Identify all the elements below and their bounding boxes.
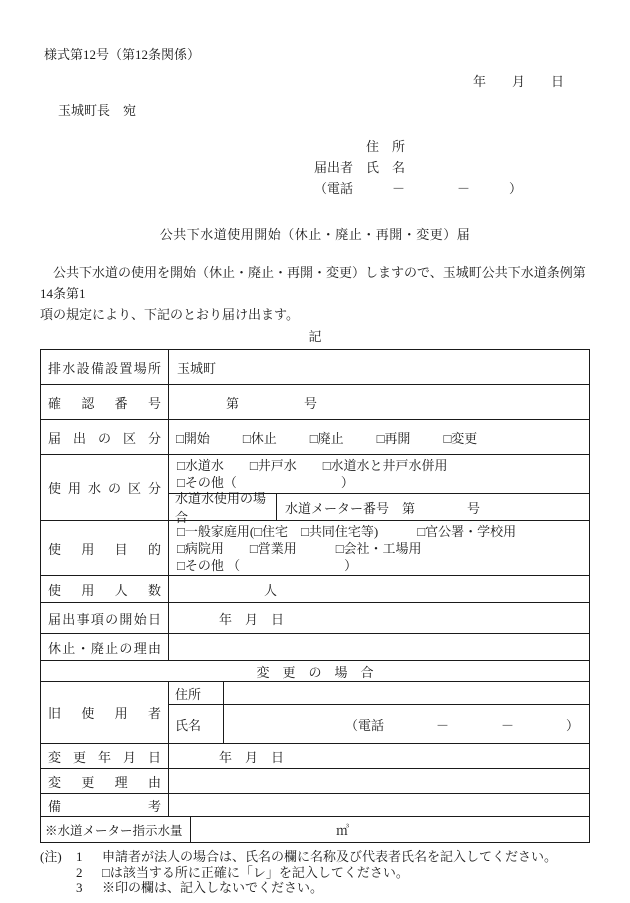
value-notification-category: □開始 □休止 □廃止 □再開 □変更 (169, 420, 589, 454)
label-water-category: 使用水の区分 (41, 455, 169, 520)
value-remarks (169, 794, 589, 816)
value-num-users: 人 (169, 576, 589, 602)
value-change-reason (169, 769, 589, 793)
value-meter-volume: ㎥ (191, 817, 589, 842)
value-start-date: 年 月 日 (169, 603, 589, 633)
row-suspension-reason: 休止・廃止の理由 (41, 633, 589, 660)
label-start-date: 届出事項の開始日 (41, 603, 169, 633)
row-meter-volume: ※水道メーター指示水量 ㎥ (41, 816, 589, 842)
row-change-date: 変更年月日 年 月 日 (41, 743, 589, 768)
row-num-users: 使用人数 人 (41, 575, 589, 602)
purpose-line3: □その他 （ ） (177, 557, 357, 574)
form-body: 公共下水道の使用を開始（休止・廃止・再開・変更）しますので、玉城町公共下水道条例… (0, 243, 630, 325)
checkbox-restart: □再開 (377, 428, 411, 447)
addressee: 玉城町長 宛 (0, 90, 630, 119)
purpose-line2: □病院用 □営業用 □会社・工場用 (177, 540, 422, 557)
row-change-reason: 変更理由 (41, 768, 589, 793)
value-change-date: 年 月 日 (169, 744, 589, 768)
note-item: (注) 1 申請者が法人の場合は、氏名の欄に名称及び代表者氏名を記入してください… (40, 849, 630, 865)
value-confirmation-number: 第 号 (169, 385, 589, 419)
label-num-users: 使用人数 (41, 576, 169, 602)
note-text: 申請者が法人の場合は、氏名の欄に名称及び代表者氏名を記入してください。 (102, 849, 630, 865)
note-number: 2 (76, 865, 102, 881)
label-old-user: 旧使用者 (41, 682, 169, 743)
note-text: ※印の欄は、記入しないでください。 (102, 880, 630, 896)
form-title: 公共下水道使用開始（休止・廃止・再開・変更）届 (0, 199, 630, 243)
label-meter-volume: ※水道メーター指示水量 (41, 817, 191, 842)
row-notification-category: 届出の区分 □開始 □休止 □廃止 □再開 □変更 (41, 419, 589, 454)
form-number: 様式第12号（第12条関係） (0, 0, 630, 63)
form-body-line2: 項の規定により、下記のとおり届け出ます。 (40, 304, 590, 325)
label-old-user-address: 住所 (169, 682, 224, 704)
checkbox-abolish: □廃止 (310, 428, 344, 447)
application-table: 排水設備設置場所 玉城町 確認番号 第 号 届出の区分 □開始 □休止 □廃止 … (40, 349, 590, 843)
row-remarks: 備考 (41, 793, 589, 816)
label-installation-place: 排水設備設置場所 (41, 350, 169, 384)
purpose-line1: □一般家庭用(□住宅 □共同住宅等) □官公署・学校用 (177, 523, 516, 540)
value-purpose: □一般家庭用(□住宅 □共同住宅等) □官公署・学校用 □病院用 □営業用 □会… (169, 521, 589, 575)
checkbox-change: □変更 (443, 428, 477, 447)
row-confirmation-number: 確認番号 第 号 (41, 384, 589, 419)
label-remarks: 備考 (41, 794, 169, 816)
change-section-header: 変 更 の 場 合 (41, 661, 589, 681)
row-water-category: 使用水の区分 □水道水 □井戸水 □水道水と井戸水併用 □その他（ ） 水道水使… (41, 454, 589, 520)
value-water-meter-number: 水道メーター番号 第 号 (277, 494, 589, 520)
value-installation-place: 玉城町 (169, 350, 589, 384)
row-installation-place: 排水設備設置場所 玉城町 (41, 350, 589, 384)
value-old-user-address (224, 682, 589, 704)
note-item: 3 ※印の欄は、記入しないでください。 (40, 880, 630, 896)
applicant-phone-line: （電話 － － ） (314, 178, 630, 199)
water-category-line1: □水道水 □井戸水 □水道水と井戸水併用 (177, 457, 448, 474)
row-purpose: 使用目的 □一般家庭用(□住宅 □共同住宅等) □官公署・学校用 □病院用 □営… (41, 520, 589, 575)
note-text: □は該当する所に正確に「レ」を記入してください。 (102, 865, 630, 881)
label-notification-category: 届出の区分 (41, 420, 169, 454)
applicant-name-label: 届出者 氏 名 (314, 157, 630, 178)
note-prefix: (注) (40, 849, 76, 865)
notes-block: (注) 1 申請者が法人の場合は、氏名の欄に名称及び代表者氏名を記入してください… (0, 843, 630, 896)
label-change-date: 変更年月日 (41, 744, 169, 768)
note-item: 2 □は該当する所に正確に「レ」を記入してください。 (40, 865, 630, 881)
form-body-line1: 公共下水道の使用を開始（休止・廃止・再開・変更）しますので、玉城町公共下水道条例… (40, 262, 590, 304)
checkbox-start: □開始 (176, 428, 210, 447)
checkbox-suspend: □休止 (243, 428, 277, 447)
row-old-user: 旧使用者 住所 氏名 （電話 － － ） (41, 681, 589, 743)
label-old-user-name: 氏名 (169, 705, 224, 743)
note-number: 3 (76, 880, 102, 896)
row-change-section-header: 変 更 の 場 合 (41, 660, 589, 681)
applicant-address-label: 住 所 (314, 136, 630, 157)
document-page: 様式第12号（第12条関係） 年 月 日 玉城町長 宛 住 所 届出者 氏 名 … (0, 0, 630, 896)
row-start-date: 届出事項の開始日 年 月 日 (41, 602, 589, 633)
ki-marker: 記 (0, 325, 630, 345)
label-purpose: 使用目的 (41, 521, 169, 575)
label-change-reason: 変更理由 (41, 769, 169, 793)
value-suspension-reason (169, 634, 589, 660)
label-waterworks-case: 水道水使用の場合 (169, 494, 277, 520)
note-number: 1 (76, 849, 102, 865)
applicant-block: 住 所 届出者 氏 名 （電話 － － ） (0, 119, 630, 199)
label-suspension-reason: 休止・廃止の理由 (41, 634, 169, 660)
value-old-user-phone: （電話 － － ） (224, 705, 589, 743)
label-confirmation-number: 確認番号 (41, 385, 169, 419)
issue-date: 年 月 日 (0, 63, 630, 90)
